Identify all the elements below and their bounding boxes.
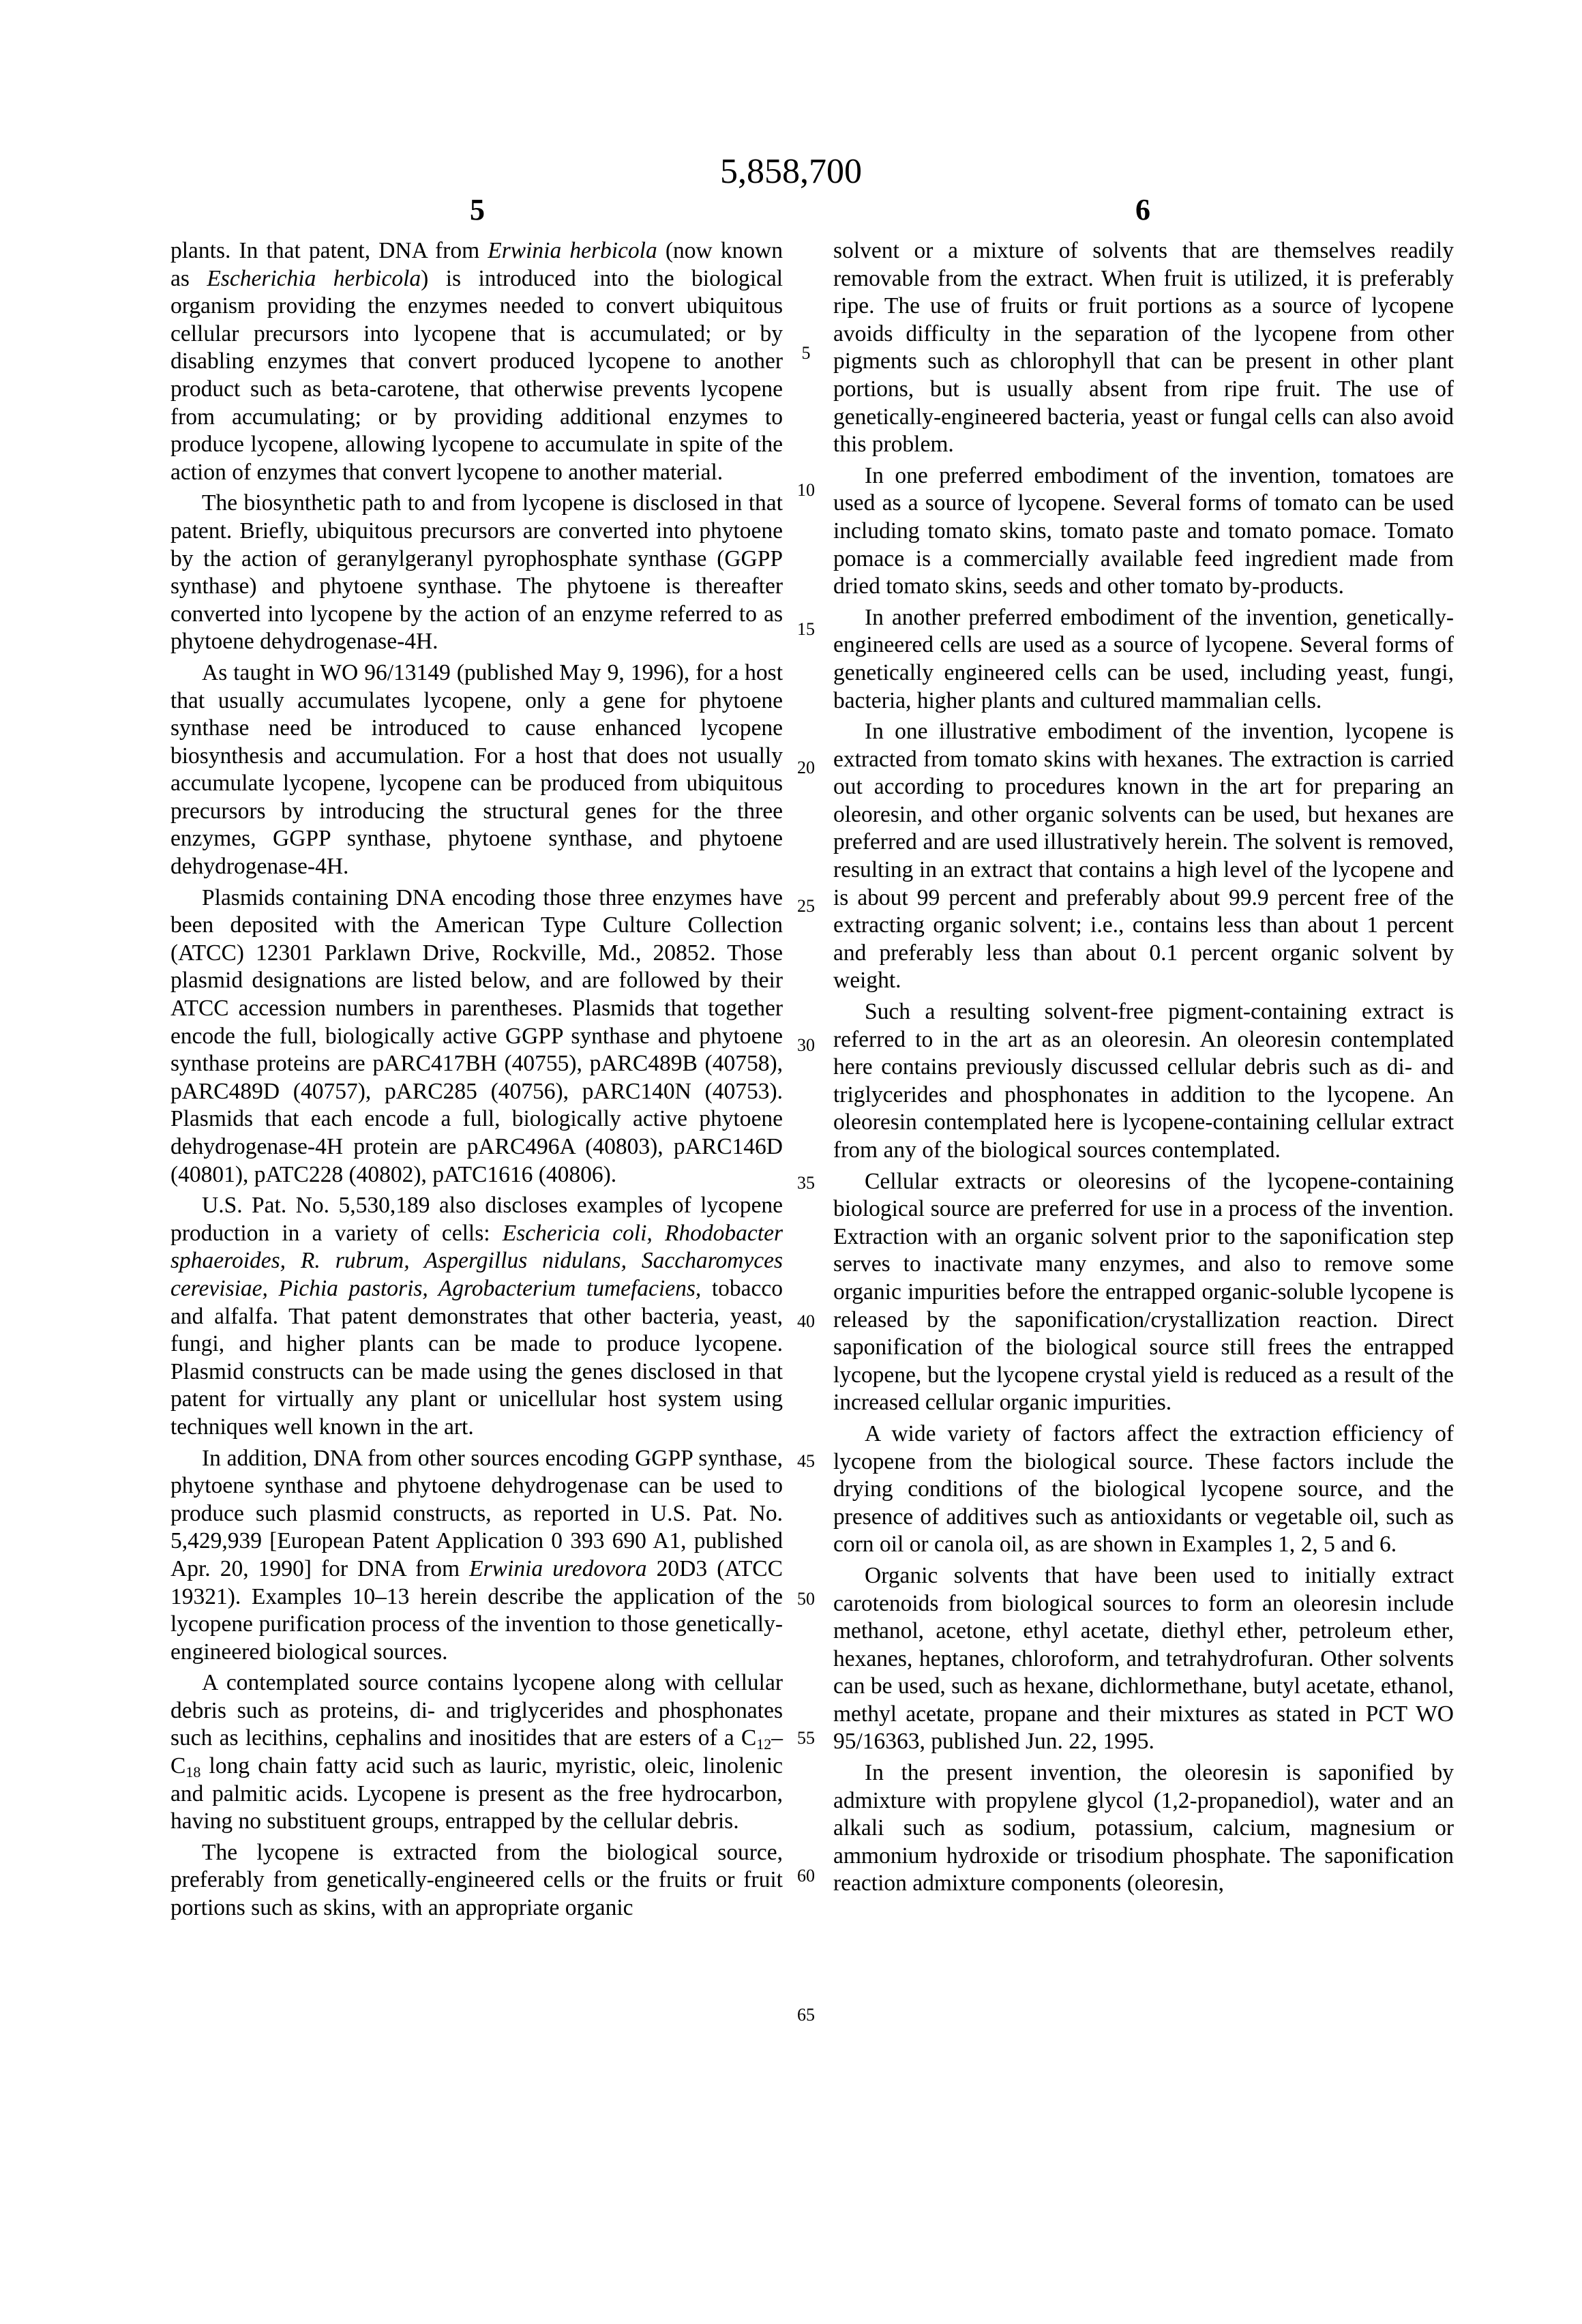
line-number: 5 <box>791 343 821 363</box>
italic-text: Erwinia herbicola <box>488 238 657 263</box>
text-run: A contemplated source contains lycopene … <box>170 1670 783 1751</box>
paragraph: In the present invention, the oleoresin … <box>833 1759 1454 1898</box>
paragraph: A contemplated source contains lycopene … <box>170 1669 783 1836</box>
subscript: 12 <box>756 1735 771 1753</box>
paragraph: Such a resulting solvent-free pigment-co… <box>833 998 1454 1165</box>
paragraph: plants. In that patent, DNA from Erwinia… <box>170 237 783 486</box>
text-run: In another preferred embodiment of the i… <box>833 605 1454 713</box>
text-run: solvent or a mixture of solvents that ar… <box>833 238 1454 457</box>
line-number: 60 <box>791 1866 821 1886</box>
text-run: Cellular extracts or oleoresins of the l… <box>833 1169 1454 1416</box>
right-column-number: 6 <box>1116 192 1170 228</box>
text-run: The biosynthetic path to and from lycope… <box>170 490 783 654</box>
paragraph: solvent or a mixture of solvents that ar… <box>833 237 1454 459</box>
italic-text: Erwinia uredovora <box>469 1556 646 1581</box>
line-number: 55 <box>791 1728 821 1748</box>
paragraph: The lycopene is extracted from the biolo… <box>170 1839 783 1922</box>
paragraph: U.S. Pat. No. 5,530,189 also discloses e… <box>170 1192 783 1441</box>
right-text-column: solvent or a mixture of solvents that ar… <box>833 237 1454 1901</box>
text-run: Such a resulting solvent-free pigment-co… <box>833 999 1454 1163</box>
left-text-column: plants. In that patent, DNA from Erwinia… <box>170 237 783 1926</box>
line-number: 20 <box>791 758 821 778</box>
subscript: 18 <box>185 1763 200 1781</box>
paragraph: As taught in WO 96/13149 (published May … <box>170 659 783 881</box>
text-run: long chain fatty acid such as lauric, my… <box>170 1753 783 1834</box>
paragraph: A wide variety of factors affect the ext… <box>833 1420 1454 1559</box>
line-number: 30 <box>791 1035 821 1056</box>
text-run: In one preferred embodiment of the inven… <box>833 463 1454 599</box>
line-number: 10 <box>791 480 821 501</box>
text-run: In one illustrative embodiment of the in… <box>833 719 1454 993</box>
paragraph: Organic solvents that have been used to … <box>833 1562 1454 1756</box>
text-run: As taught in WO 96/13149 (published May … <box>170 660 783 879</box>
paragraph: In one preferred embodiment of the inven… <box>833 462 1454 601</box>
paragraph: Plasmids containing DNA encoding those t… <box>170 884 783 1189</box>
line-number: 35 <box>791 1173 821 1193</box>
text-run: The lycopene is extracted from the biolo… <box>170 1840 783 1920</box>
italic-text: Escherichia herbicola <box>207 266 421 291</box>
paragraph: In addition, DNA from other sources enco… <box>170 1445 783 1667</box>
line-number: 50 <box>791 1589 821 1609</box>
paragraph: In another preferred embodiment of the i… <box>833 604 1454 715</box>
left-column-number: 5 <box>450 192 505 228</box>
line-number: 40 <box>791 1311 821 1332</box>
patent-number: 5,858,700 <box>0 151 1582 192</box>
text-run: A wide variety of factors affect the ext… <box>833 1421 1454 1557</box>
text-run: Organic solvents that have been used to … <box>833 1563 1454 1755</box>
paragraph: Cellular extracts or oleoresins of the l… <box>833 1168 1454 1417</box>
paragraph: The biosynthetic path to and from lycope… <box>170 490 783 656</box>
text-run: ) is introduced into the biological orga… <box>170 266 783 485</box>
text-run: Plasmids containing DNA encoding those t… <box>170 885 783 1187</box>
line-number: 15 <box>791 619 821 640</box>
line-number: 45 <box>791 1451 821 1472</box>
paragraph: In one illustrative embodiment of the in… <box>833 718 1454 995</box>
line-number: 25 <box>791 896 821 917</box>
text-run: plants. In that patent, DNA from <box>170 238 488 263</box>
line-number: 65 <box>791 2005 821 2025</box>
text-run: In the present invention, the oleoresin … <box>833 1760 1454 1896</box>
